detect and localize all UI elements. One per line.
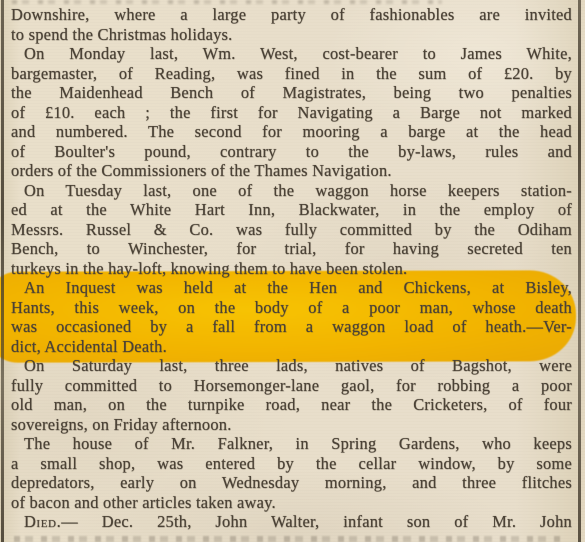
text-line-highlighted: dict, Accidental Death. [11,337,572,357]
text-line-highlighted: Hants, this week, on the body of a poor … [11,298,572,318]
newspaper-clipping: Downshire, where a large party of fashio… [0,0,585,542]
text-line: Messrs. Russel & Co. was fully committed… [11,220,572,240]
text-line: turkeys in the hay-loft, knowing them to… [11,259,572,279]
text-line: The house of Mr. Falkner, in Spring Gard… [11,434,572,454]
text-line: the Maidenhead Bench of Magistrates, bei… [11,83,572,103]
text-line: orders of the Commissioners of the Thame… [11,161,572,181]
text-line-highlighted: An Inquest was held at the Hen and Chick… [11,278,572,298]
text-line: fully committed to Horsemonger-lane gaol… [11,376,572,396]
text-line: On Tuesday last, one of the waggon horse… [11,181,572,201]
text-line: of Boulter's pound, contrary to the by-l… [11,142,572,162]
text-line: and numbered. The second for mooring a b… [11,122,572,142]
text-line: On Saturday last, three lads, natives of… [11,356,572,376]
text-line: depredators, early on Wednesday morning,… [11,473,572,493]
column-rule-left [1,0,4,542]
clipped-next-line [14,536,562,542]
article-column: Downshire, where a large party of fashio… [11,5,572,532]
text-line: ed at the White Hart Inn, Blackwater, in… [11,200,572,220]
text-line: of £10. each ; the first for Navigating … [11,103,572,123]
text-line: to spend the Christmas holidays. [11,25,572,45]
text-line: Died.— Dec. 25th, John Walter, infant so… [11,512,572,532]
text-line: Bench, to Winchester, for trial, for hav… [11,239,572,259]
text-line: a small shop, was entered by the cellar … [11,454,572,474]
text-line: Downshire, where a large party of fashio… [11,5,572,25]
clipped-previous-line [12,0,442,4]
text-line: old man, on the turnpike road, near the … [11,395,572,415]
smallcaps-lead: Died. [24,512,61,531]
text-line-highlighted: was occasioned by a fall from a waggon l… [11,317,572,337]
text-line: of bacon and other articles taken away. [11,493,572,513]
text-line: bargemaster, of Reading, was fined in th… [11,64,572,84]
text-line: On Monday last, Wm. West, cost-bearer to… [11,44,572,64]
column-rule-right [578,0,581,542]
text-line: sovereigns, on Friday afternoon. [11,415,572,435]
